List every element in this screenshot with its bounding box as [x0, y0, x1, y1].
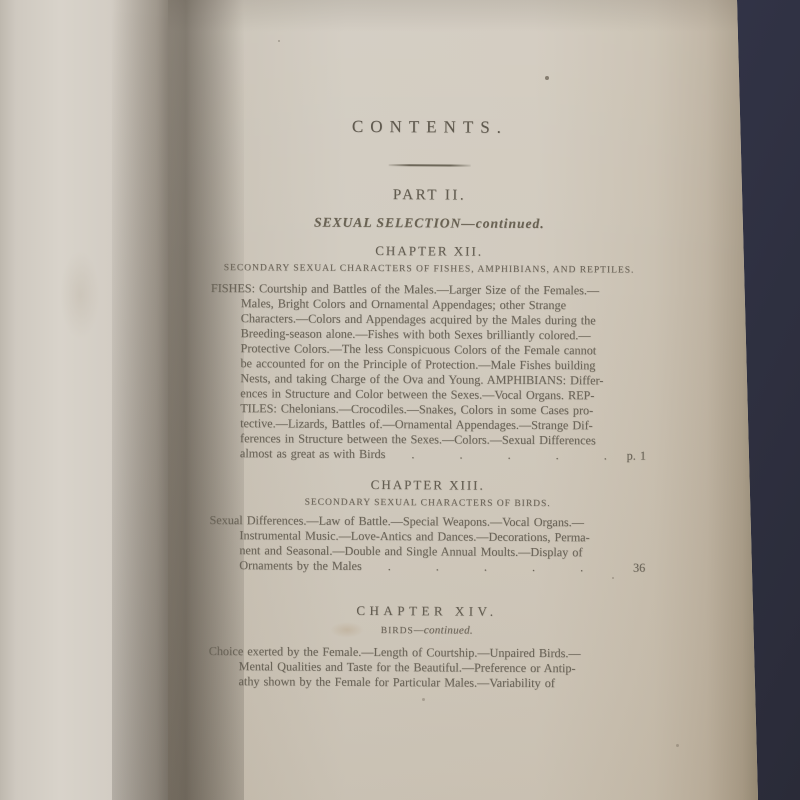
page-title: CONTENTS. [212, 116, 648, 139]
summary-last-line: Ornaments by the Males . . . . . . 36 [209, 558, 645, 576]
book-photo: CONTENTS. PART II. SEXUAL SELECTION—cont… [0, 0, 800, 800]
chapter-heading-xiii: CHAPTER XIII. [210, 476, 646, 495]
page-ref: p. 1 [627, 449, 646, 464]
chapter-summary-xiii: Sexual Differences.—Law of Battle.—Speci… [209, 513, 645, 576]
chapter-heading-xiv: CHAPTER XIV. [209, 602, 645, 621]
chapter-subtitle-continued: —continued. [414, 624, 473, 636]
part-subheading: SEXUAL SELECTION—continued. [211, 214, 647, 233]
title-rule [389, 164, 471, 167]
chapter-subtitle-xiv: BIRDS—continued. [209, 623, 645, 638]
leader-dots: . . . . . . [362, 559, 625, 576]
chapter-summary-xiv: Choice exerted by the Female.—Length of … [208, 644, 644, 692]
chapter-summary-xii: FISHES: Courtship and Battles of the Mal… [210, 281, 647, 464]
chapter-heading-xii: CHAPTER XII. [211, 242, 647, 261]
chapter-subtitle-xii: SECONDARY SEXUAL CHARACTERS OF FISHES, A… [211, 263, 647, 276]
summary-line: almost as great as with Birds [240, 446, 386, 462]
summary-line: athy shown by the Female for Particular … [208, 674, 644, 692]
paper-speck [545, 76, 549, 80]
page-ref: 36 [633, 561, 645, 576]
summary-last-line: almost as great as with Birds . . . . . … [210, 446, 646, 464]
chapter-subtitle-xiii: SECONDARY SEXUAL CHARACTERS OF BIRDS. [210, 497, 646, 510]
paper-speck [278, 40, 280, 42]
chapter-subtitle-caps: BIRDS [381, 626, 414, 636]
paper-speck [422, 698, 425, 701]
paper-speck [676, 744, 679, 747]
summary-line: Ornaments by the Males [239, 558, 362, 574]
part-heading: PART II. [211, 186, 647, 206]
leader-dots: . . . . . [385, 447, 618, 463]
page-content: CONTENTS. PART II. SEXUAL SELECTION—cont… [208, 116, 647, 692]
